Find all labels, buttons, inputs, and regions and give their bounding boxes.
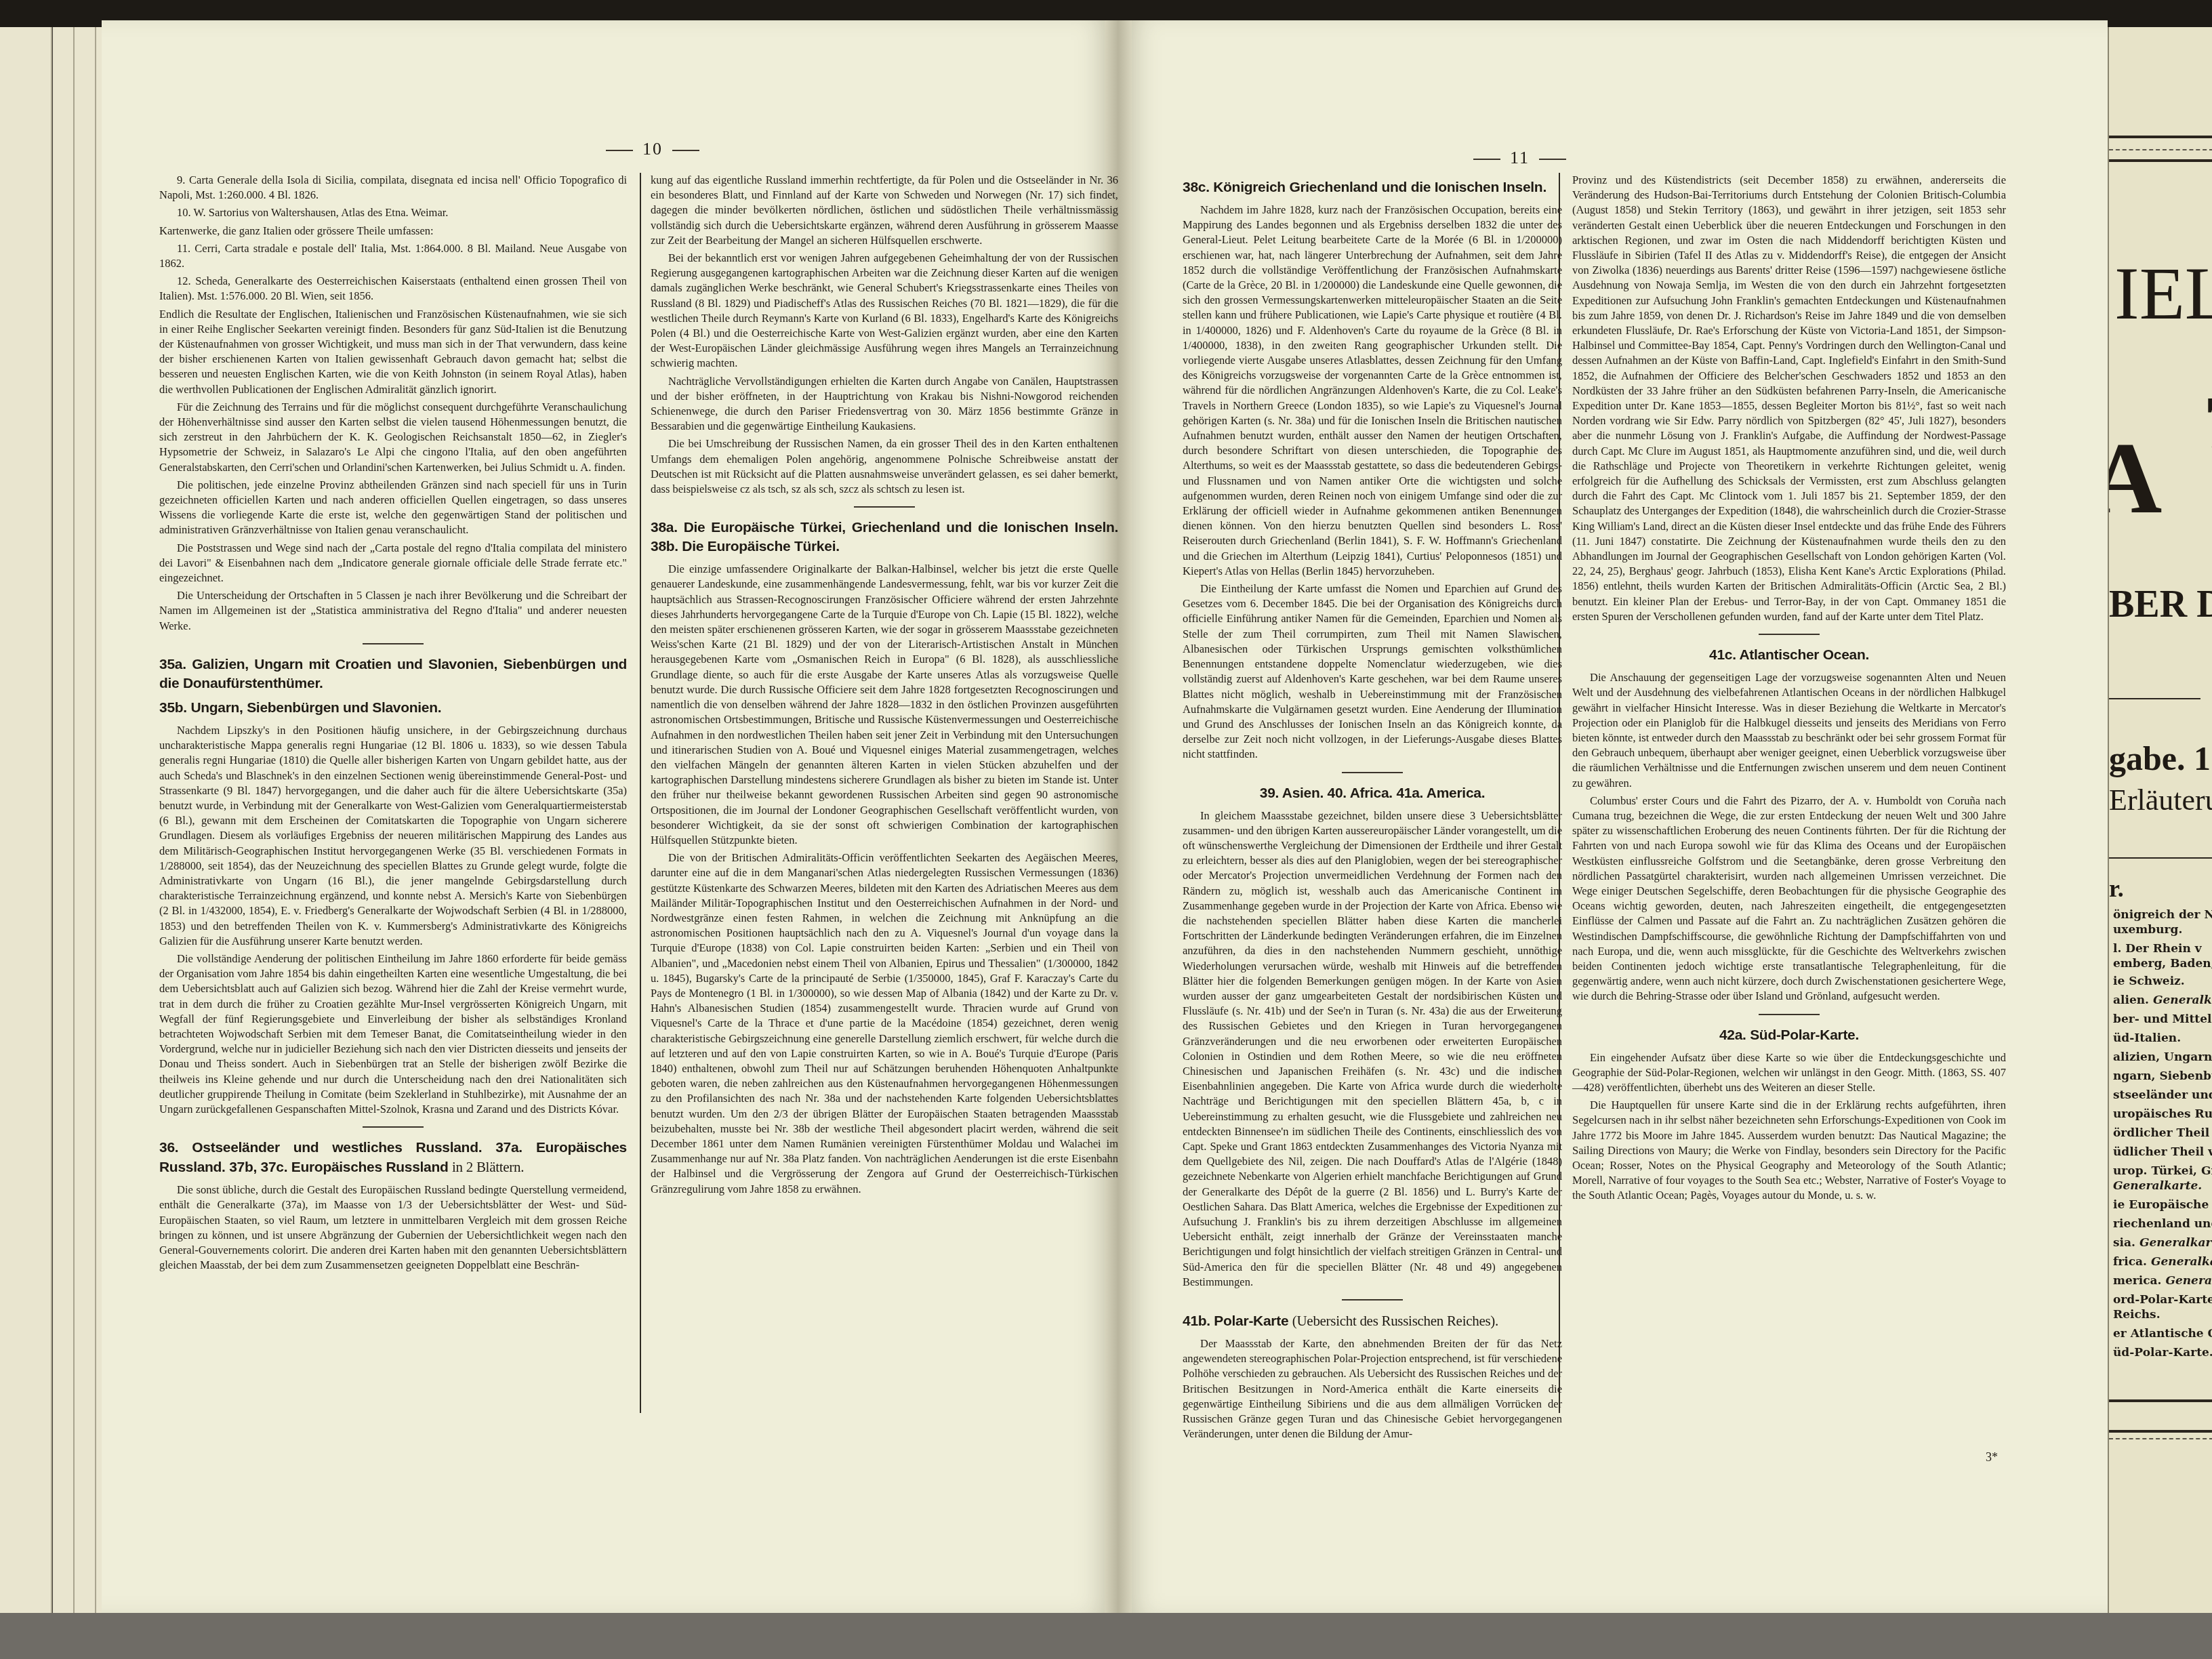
section-separator bbox=[363, 643, 424, 644]
paragraph: Die von der Britischen Admiralitäts-Offi… bbox=[651, 851, 1118, 1197]
section-separator bbox=[363, 1126, 424, 1128]
paragraph: Die einzige umfassendere Originalkarte d… bbox=[651, 562, 1118, 848]
toc-entry: ie Europäische Ti bbox=[2113, 1198, 2212, 1212]
toc-entry: Reichs. bbox=[2113, 1308, 2160, 1322]
toc-entry: l. Der Rhein v bbox=[2113, 942, 2202, 956]
title-fragment: A bbox=[2108, 420, 2162, 537]
toc-entry: ördlicher Theil v bbox=[2113, 1126, 2212, 1140]
toc-entry: üd-Polar-Karte. bbox=[2113, 1346, 2212, 1359]
paragraph: Provinz und des Küstendistricts (seit De… bbox=[1572, 173, 2006, 624]
paragraph: Die Unterscheidung der Ortschaften in 5 … bbox=[159, 588, 627, 634]
toc-entry: ngarn, Siebenbür bbox=[2113, 1069, 2212, 1083]
right-page-number: 11 bbox=[1464, 148, 1576, 168]
paragraph: Die vollständige Aenderung der politisch… bbox=[159, 951, 627, 1117]
section-heading-38c: 38c. Königreich Griechenland und die Ion… bbox=[1183, 178, 1562, 197]
toc-entry: urop. Türkei, Gr bbox=[2113, 1164, 2212, 1178]
toc-entry: uxemburg. bbox=[2113, 923, 2182, 937]
paragraph: 10. W. Sartorius von Waltershausen, Atla… bbox=[159, 205, 627, 220]
left-page-column-1: 9. Carta Generale della Isola di Sicilia… bbox=[159, 173, 627, 1275]
right-page-column-1: 38c. Königreich Griechenland und die Ion… bbox=[1183, 173, 1562, 1444]
paragraph: Die politischen, jede einzelne Provinz a… bbox=[159, 478, 627, 538]
ornament-rule bbox=[2109, 698, 2200, 699]
paragraph: Kartenwerke, die ganz Italien oder gröss… bbox=[159, 224, 627, 239]
column-divider bbox=[1559, 173, 1560, 1413]
toc-entry: ord-Polar-Karte bbox=[2113, 1293, 2212, 1307]
section-heading-35a: 35a. Galizien, Ungarn mit Croatien und S… bbox=[159, 655, 627, 693]
section-separator bbox=[1342, 772, 1403, 773]
ornament-rule bbox=[2109, 1430, 2212, 1433]
background-table bbox=[0, 1613, 2212, 1659]
paragraph: Nachdem im Jahre 1828, kurz nach der Fra… bbox=[1183, 203, 1562, 579]
section-heading-41b: 41b. Polar-Karte (Uebersicht des Russisc… bbox=[1183, 1311, 1562, 1331]
title-fragment: 7 bbox=[2204, 380, 2212, 466]
paragraph: Die Poststrassen und Wege sind nach der … bbox=[159, 541, 627, 586]
paragraph: Bei der bekanntlich erst vor wenigen Jah… bbox=[651, 251, 1118, 371]
toc-entry: ie Schweiz. bbox=[2113, 975, 2185, 988]
paragraph: Für die Zeichnung des Terrains und für d… bbox=[159, 400, 627, 475]
right-page-column-2: Provinz und des Küstendistricts (seit De… bbox=[1572, 173, 2006, 1206]
toc-entry: er Atlantische Oc bbox=[2113, 1327, 2212, 1340]
section-heading-39: 39. Asien. 40. Africa. 41a. America. bbox=[1183, 784, 1562, 803]
paragraph: kung auf das eigentliche Russland immerh… bbox=[651, 173, 1118, 248]
signature-mark: 3* bbox=[1986, 1450, 1998, 1465]
toc-entry: önigreich der N bbox=[2113, 908, 2212, 922]
toc-entry: Generalkarte. bbox=[2113, 1179, 2202, 1193]
paragraph: Der Maassstab der Karte, den abnehmenden… bbox=[1183, 1336, 1562, 1441]
toc-entry: alien. Generalka bbox=[2113, 994, 2212, 1007]
toc-entry: üd-Italien. bbox=[2113, 1031, 2181, 1045]
paragraph: 12. Scheda, Generalkarte des Oesterreich… bbox=[159, 274, 627, 304]
section-mark: r. bbox=[2109, 874, 2124, 903]
section-separator bbox=[1342, 1299, 1403, 1300]
toc-entry: sia. Generalkarte bbox=[2113, 1236, 2212, 1250]
ornament-rule bbox=[2109, 136, 2212, 138]
paragraph: 9. Carta Generale della Isola di Sicilia… bbox=[159, 173, 627, 203]
page-stack-edge bbox=[53, 27, 75, 1613]
paragraph: Die sonst übliche, durch die Gestalt des… bbox=[159, 1183, 627, 1273]
toc-entry: üdlicher Theil vo bbox=[2113, 1145, 2212, 1159]
left-page-column-2: kung auf das eigentliche Russland immerh… bbox=[651, 173, 1118, 1200]
paragraph: Nachträgliche Vervollständigungen erhiel… bbox=[651, 374, 1118, 434]
paragraph: Die Anschauung der gegenseitigen Lage de… bbox=[1572, 670, 2006, 791]
page-stack-edge bbox=[0, 27, 52, 1613]
paragraph: Die bei Umschreibung der Russischen Name… bbox=[651, 436, 1118, 497]
ornament-rule bbox=[2109, 149, 2212, 150]
title-fragment: IEL bbox=[2114, 251, 2212, 337]
paragraph: Columbus' erster Cours und die Fahrt des… bbox=[1572, 794, 2006, 1004]
section-heading-42a: 42a. Süd-Polar-Karte. bbox=[1572, 1026, 2006, 1045]
paragraph: Die Hauptquellen für unsere Karte sind d… bbox=[1572, 1098, 2006, 1203]
section-heading-35b: 35b. Ungarn, Siebenbürgen und Slavonien. bbox=[159, 699, 627, 718]
adjacent-title-page: IEL A 7 BER DAS gabe. 1 Erläuteru r. öni… bbox=[2108, 27, 2212, 1613]
ornament-rule bbox=[2109, 1399, 2212, 1402]
section-heading-36: 36. Ostseeländer und westliches Russland… bbox=[159, 1139, 627, 1177]
section-heading-41c: 41c. Atlantischer Ocean. bbox=[1572, 646, 2006, 665]
edition-fragment: gabe. 1 bbox=[2109, 739, 2211, 778]
paragraph: In gleichem Maassstabe gezeichnet, bilde… bbox=[1183, 808, 1562, 1290]
toc-entry: riechenland und c bbox=[2113, 1217, 2212, 1231]
paragraph: Nachdem Lipszky's in den Positionen häuf… bbox=[159, 723, 627, 949]
page-stack-edge bbox=[75, 27, 96, 1613]
paragraph: Endlich die Resultate der Englischen, It… bbox=[159, 307, 627, 397]
paragraph: Ein eingehender Aufsatz über diese Karte… bbox=[1572, 1050, 2006, 1096]
column-divider bbox=[640, 173, 641, 1413]
toc-entry: uropäisches Russl bbox=[2113, 1107, 2212, 1121]
ornament-rule bbox=[2109, 857, 2212, 859]
left-page-number: 10 bbox=[596, 139, 709, 159]
section-heading-38a: 38a. Die Europäische Türkei, Griechenlan… bbox=[651, 518, 1118, 556]
section-separator bbox=[854, 506, 915, 508]
toc-entry: ber- und Mittel- bbox=[2113, 1012, 2212, 1026]
paragraph: Die Eintheilung der Karte umfasst die No… bbox=[1183, 581, 1562, 762]
toc-entry: emberg, Baden, bbox=[2113, 957, 2212, 970]
toc-entry: merica. Generalk bbox=[2113, 1274, 2212, 1288]
toc-entry: stseeländer und I bbox=[2113, 1088, 2212, 1102]
ornament-rule bbox=[2109, 159, 2212, 162]
toc-entry: frica. Generalka bbox=[2113, 1255, 2212, 1269]
section-separator bbox=[1759, 634, 1820, 635]
ornament-rule bbox=[2109, 1438, 2212, 1439]
subtitle-fragment: BER DAS bbox=[2109, 583, 2212, 626]
section-separator bbox=[1759, 1014, 1820, 1015]
explanation-fragment: Erläuteru bbox=[2109, 783, 2212, 817]
toc-entry: alizien, Ungarn, bbox=[2113, 1050, 2212, 1064]
paragraph: 11. Cerri, Carta stradale e postale dell… bbox=[159, 241, 627, 271]
